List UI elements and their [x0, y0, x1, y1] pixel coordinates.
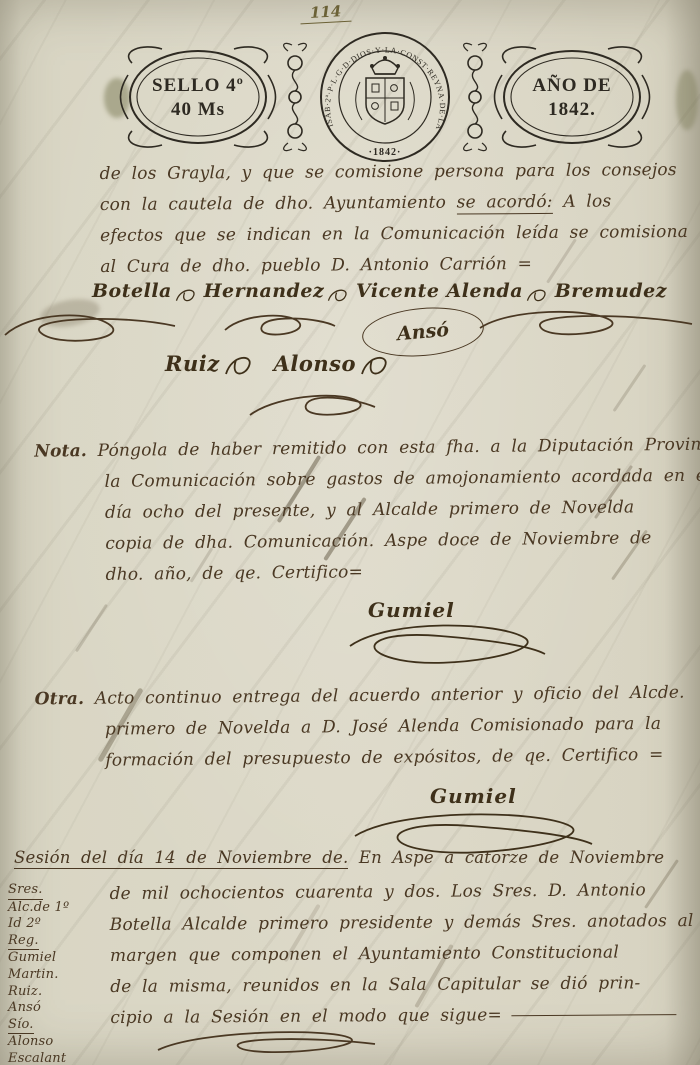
- attendee-name: Ansó: [8, 1000, 69, 1017]
- paragraph-line: con la cautela de dho. Ayuntamiento se a…: [100, 191, 688, 226]
- attendee-label: Alc.de 1º: [8, 900, 69, 917]
- paragraph-text: A los: [553, 191, 612, 211]
- year-line1: AÑO DE: [532, 74, 611, 96]
- flourish-icon: [240, 385, 380, 425]
- attendee-label: Sío.: [8, 1017, 34, 1035]
- session-paragraph: de mil ochocientos cuarenta y dos. Los S…: [109, 880, 694, 1039]
- year-line2: 1842.: [548, 99, 596, 120]
- rubric-icon: [358, 348, 394, 382]
- stain-smudge: [676, 70, 698, 130]
- flourish-band: [0, 300, 700, 355]
- otra-label: Otra.: [35, 689, 85, 710]
- ink-stroke: [75, 604, 108, 653]
- sello-line1: SELLO 4º: [152, 75, 244, 96]
- royal-seal: ISAB·2ª·P·L·G·D·DIOS·Y·LA·CONST·REYNA·DE…: [312, 28, 458, 166]
- document-page: 114 SELLO 4º 40 Ms ISAB·2ª·P·L·G·D·DIOS·…: [0, 0, 700, 1065]
- signature-bremudez: Bremudez: [555, 280, 667, 302]
- session-line: Botella Alcalde primero presidente y dem…: [110, 911, 694, 946]
- nota-text: Póngola de haber remitido con esta fha. …: [97, 434, 700, 461]
- paragraph-line: efectos que se indican en la Comunicació…: [100, 222, 688, 257]
- seal-year: ·1842·: [369, 147, 402, 158]
- attendee-label: Id 2º: [8, 916, 69, 933]
- flourish-icon: [330, 616, 550, 672]
- session-heading: Sesión del día 14 de Noviembre de.: [14, 848, 348, 869]
- nota-label: Nota.: [34, 441, 87, 462]
- signature-hernandez: Hernandez: [204, 280, 325, 302]
- crown-icon: [370, 56, 400, 74]
- ornament-icon: [278, 41, 312, 153]
- otra-line: formación del presupuesto de expósitos, …: [35, 745, 685, 783]
- paragraph-line: de los Grayla, y que se comisione person…: [100, 160, 688, 195]
- minutes-paragraph: de los Grayla, y que se comisione person…: [100, 160, 689, 288]
- otra-text: Acto continuo entrega del acuerdo anteri…: [95, 683, 685, 709]
- session-line: de mil ochocientos cuarenta y dos. Los S…: [109, 880, 693, 915]
- revenue-stamp: SELLO 4º 40 Ms ISAB·2ª·P·L·G·D·DIOS·Y·LA…: [118, 28, 652, 166]
- page-number: 114: [300, 2, 352, 25]
- clerk-signature-1: Gumiel: [330, 592, 550, 672]
- year-badge: AÑO DE 1842.: [492, 41, 652, 153]
- signature-botella: Botella: [92, 280, 172, 302]
- attendee-label: Reg.: [8, 933, 39, 951]
- session-line: margen que componen el Ayuntamiento Cons…: [110, 942, 694, 977]
- attendee-name: Ruiz.: [8, 984, 69, 1001]
- attendee-name: Gumiel: [8, 950, 69, 967]
- session-heading-cont: En Aspe a catorze de Noviembre: [348, 848, 664, 867]
- closing-flourish: [150, 1022, 380, 1062]
- rubric-icon: [222, 348, 258, 382]
- nota-line: dho. año, de qe. Certifico=: [36, 558, 700, 596]
- signature-alonso: Alonso: [274, 351, 356, 376]
- signature-row-1: Botella Hernandez Vicente Alenda Bremude…: [92, 280, 667, 302]
- underlined-word: se acordó:: [457, 192, 553, 215]
- ornament-icon: [458, 41, 492, 153]
- nota-paragraph: Nota. Póngola de haber remitido con esta…: [34, 434, 700, 596]
- signature-ruiz: Ruiz: [165, 351, 220, 376]
- session-heading-row: Sesión del día 14 de Noviembre de. En As…: [14, 848, 664, 867]
- sello-line2: 40 Ms: [171, 99, 225, 120]
- paragraph-text: con la cautela de dho. Ayuntamiento: [100, 193, 457, 215]
- coat-of-arms-icon: [356, 78, 415, 124]
- sello-badge: SELLO 4º 40 Ms: [118, 41, 278, 153]
- ink-stroke: [613, 364, 647, 412]
- attendee-name: Martin.: [8, 967, 69, 984]
- signature-vicente-alenda: Vicente Alenda: [356, 280, 523, 302]
- attendee-label: Sres.: [8, 882, 43, 900]
- session-line: de la misma, reunidos en la Sala Capitul…: [110, 973, 694, 1008]
- otra-paragraph: Otra. Acto continuo entrega del acuerdo …: [35, 683, 686, 783]
- attendee-name: Alonso: [8, 1034, 69, 1051]
- attendee-list: Sres. Alc.de 1º Id 2º Reg. Gumiel Martin…: [8, 882, 69, 1065]
- signature-row-2: Ruiz Alonso: [165, 348, 396, 376]
- signature-gumiel: Gumiel: [368, 598, 588, 622]
- closing-rule: [512, 1014, 677, 1016]
- attendee-name: Escalant: [8, 1051, 69, 1065]
- signature-gumiel: Gumiel: [430, 784, 690, 808]
